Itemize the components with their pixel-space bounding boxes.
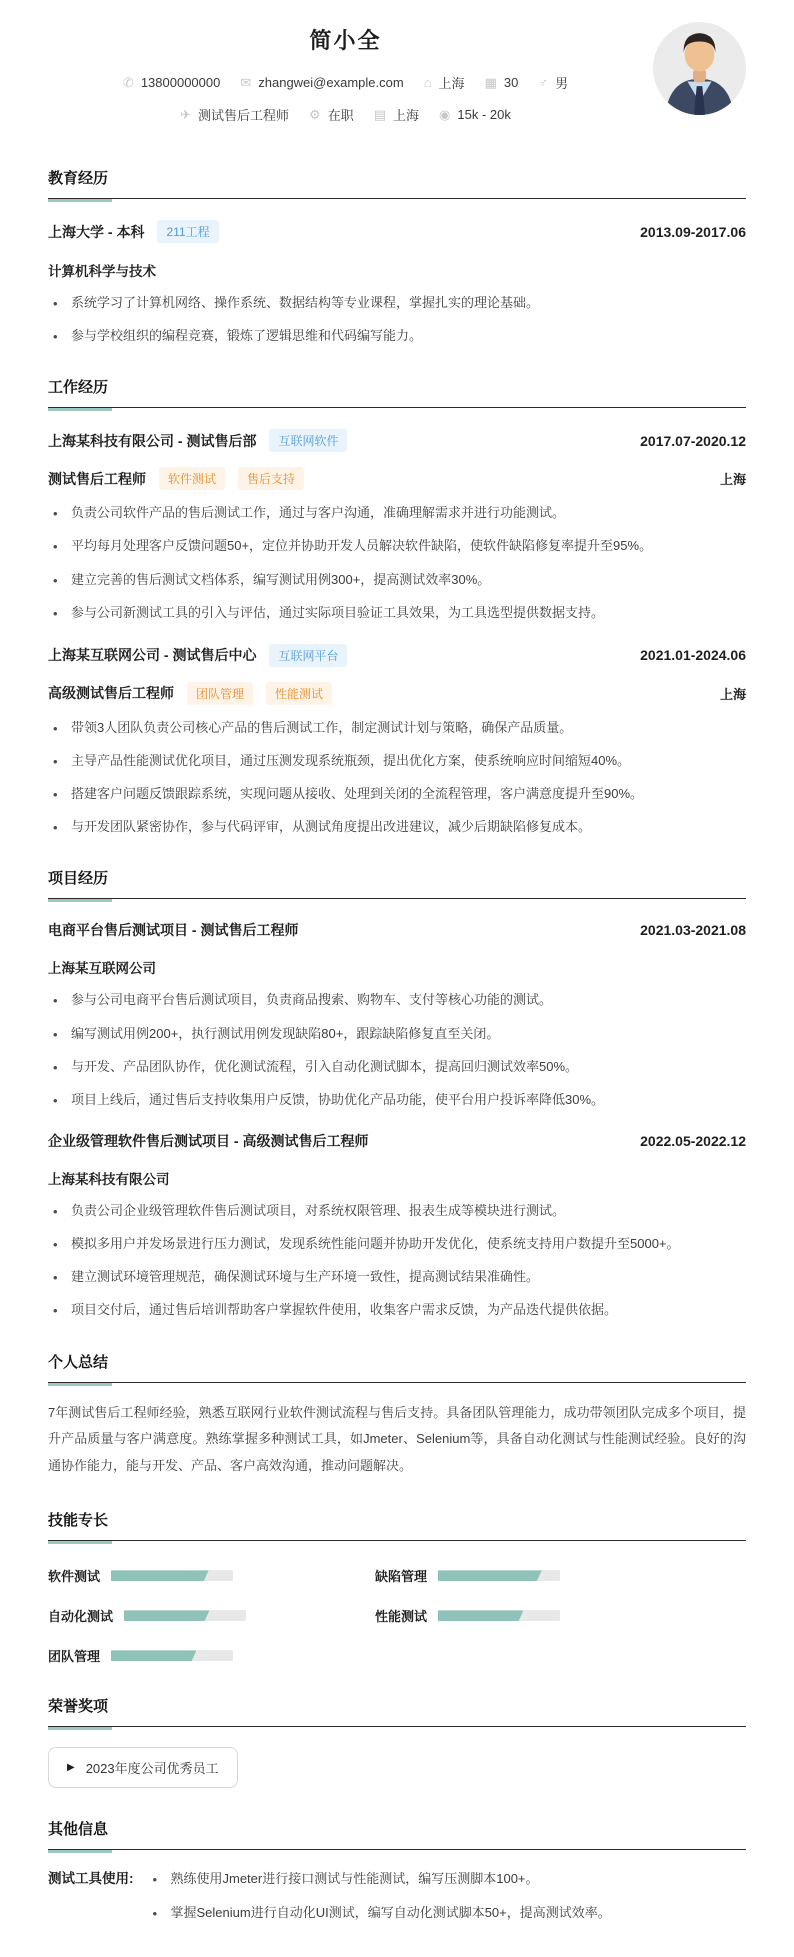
honor-text: 2023年度公司优秀员工 xyxy=(86,1758,219,1777)
company-name: 上海某互联网公司 - 测试售后中心 xyxy=(48,645,256,665)
contact-city: ▤ 上海 xyxy=(374,105,419,124)
bullet-item: 掌握Selenium进行自动化UI测试，编写自动化测试脚本50+，提高测试效率。 xyxy=(148,1903,747,1923)
role-name: 高级测试售后工程师 xyxy=(48,683,174,703)
gender-value: 男 xyxy=(555,73,568,92)
skill-label: 自动化测试 xyxy=(48,1606,113,1625)
candidate-name: 简小全 xyxy=(48,24,643,55)
bullet-item: 熟练使用Jmeter进行接口测试与性能测试，编写压测脚本100+。 xyxy=(148,1869,747,1889)
contact-row-1: ✆ 13800000000 ✉ zhangwei@example.com ⌂ 上… xyxy=(48,73,643,92)
work-entry-header: 上海某科技有限公司 - 测试售后部 互联网软件 2017.07-2020.12 xyxy=(48,429,746,452)
work-entry-left: 上海某互联网公司 - 测试售后中心 互联网平台 xyxy=(48,644,347,667)
work-bullets: 负责公司软件产品的售后测试工作，通过与客户沟通，准确理解需求并进行功能测试。 平… xyxy=(48,503,746,623)
gender-icon: ♂ xyxy=(538,76,548,89)
bullet-item: 建立完善的售后测试文档体系，编写测试用例300+，提高测试效率30%。 xyxy=(48,570,746,590)
work-entry-header: 上海某互联网公司 - 测试售后中心 互联网平台 2021.01-2024.06 xyxy=(48,644,746,667)
skill-bar-track xyxy=(124,1610,246,1621)
work-title-text: 工作经历 xyxy=(48,379,108,396)
education-title-text: 教育经历 xyxy=(48,170,108,187)
accent-underline xyxy=(48,899,112,902)
contact-gender: ♂ 男 xyxy=(538,73,568,92)
education-entry-header: 上海大学 - 本科 211工程 2013.09-2017.06 xyxy=(48,220,746,243)
work-location: 上海 xyxy=(720,469,746,488)
contact-status: ⚙ 在职 xyxy=(309,105,354,124)
salary-value: 15k - 20k xyxy=(457,107,510,122)
accent-underline xyxy=(48,408,112,411)
work-entry-1: 上海某科技有限公司 - 测试售后部 互联网软件 2017.07-2020.12 … xyxy=(48,429,746,623)
school-badge: 211工程 xyxy=(157,220,218,243)
bullet-item: 与开发团队紧密协作，参与代码评审，从测试角度提出改进建议，减少后期缺陷修复成本。 xyxy=(48,817,746,837)
skills-grid: 软件测试 缺陷管理 自动化测试 性能测试 团队管理 xyxy=(48,1545,648,1665)
role-tag: 性能测试 xyxy=(266,682,332,705)
education-title: 教育经历 xyxy=(48,167,746,199)
project-entry-1: 电商平台售后测试项目 - 测试售后工程师 2021.03-2021.08 上海某… xyxy=(48,920,746,1110)
other-info-row: 测试工具使用: 熟练使用Jmeter进行接口测试与性能测试，编写压测脚本100+… xyxy=(48,1869,746,1922)
section-honors: 荣誉奖项 ▶ 2023年度公司优秀员工 xyxy=(48,1695,746,1788)
skill-bar-fill xyxy=(438,1570,542,1581)
work-date: 2021.01-2024.06 xyxy=(640,647,746,663)
resume-header: 简小全 ✆ 13800000000 ✉ zhangwei@example.com… xyxy=(48,16,746,137)
education-bullets: 系统学习了计算机网络、操作系统、数据结构等专业课程，掌握扎实的理论基础。 参与学… xyxy=(48,293,746,346)
role-name: 测试售后工程师 xyxy=(48,469,146,489)
project-date: 2021.03-2021.08 xyxy=(640,922,746,938)
email-value: zhangwei@example.com xyxy=(258,75,403,90)
bullet-item: 搭建客户问题反馈跟踪系统，实现问题从接收、处理到关闭的全流程管理，客户满意度提升… xyxy=(48,784,746,804)
avatar xyxy=(653,22,746,115)
work-role-row: 高级测试售后工程师 团队管理 性能测试 上海 xyxy=(48,682,746,705)
project-bullets: 负责公司企业级管理软件售后测试项目，对系统权限管理、报表生成等模块进行测试。 模… xyxy=(48,1201,746,1321)
projects-title-text: 项目经历 xyxy=(48,870,108,887)
accent-underline xyxy=(48,1383,112,1386)
work-entry-left: 上海某科技有限公司 - 测试售后部 互联网软件 xyxy=(48,429,347,452)
other-title-text: 其他信息 xyxy=(48,1821,108,1838)
bullet-item: 模拟多用户并发场景进行压力测试，发现系统性能问题并协助开发优化，使系统支持用户数… xyxy=(48,1234,746,1254)
project-entry-2: 企业级管理软件售后测试项目 - 高级测试售后工程师 2022.05-2022.1… xyxy=(48,1131,746,1321)
work-title: 工作经历 xyxy=(48,376,746,408)
bullet-item: 参与公司新测试工具的引入与评估，通过实际项目验证工具效果，为工具选型提供数据支持… xyxy=(48,603,746,623)
accent-underline xyxy=(48,1850,112,1853)
paper-plane-icon: ✈ xyxy=(180,108,191,121)
role-tag: 售后支持 xyxy=(238,467,304,490)
skill-row: 自动化测试 xyxy=(48,1606,321,1625)
section-projects: 项目经历 电商平台售后测试项目 - 测试售后工程师 2021.03-2021.0… xyxy=(48,867,746,1320)
bullet-item: 平均每月处理客户反馈问题50+，定位并协助开发人员解决软件缺陷，使软件缺陷修复率… xyxy=(48,536,746,556)
coin-icon: ◉ xyxy=(439,108,450,121)
position-value: 测试售后工程师 xyxy=(198,105,289,124)
age-icon: ▦ xyxy=(485,76,497,89)
other-title: 其他信息 xyxy=(48,1818,746,1850)
contact-email: ✉ zhangwei@example.com xyxy=(240,75,403,90)
project-bullets: 参与公司电商平台售后测试项目，负责商品搜索、购物车、支付等核心功能的测试。 编写… xyxy=(48,990,746,1110)
project-name: 企业级管理软件售后测试项目 - 高级测试售后工程师 xyxy=(48,1131,368,1151)
education-entry-left: 上海大学 - 本科 211工程 xyxy=(48,220,219,243)
industry-badge: 互联网软件 xyxy=(269,429,347,452)
contact-salary: ◉ 15k - 20k xyxy=(439,107,511,122)
avatar-illustration xyxy=(653,22,746,115)
skill-row: 缺陷管理 xyxy=(375,1566,648,1585)
skill-bar-fill xyxy=(438,1610,523,1621)
role-tag: 团队管理 xyxy=(187,682,253,705)
skill-row: 团队管理 xyxy=(48,1646,321,1665)
honors-title-text: 荣誉奖项 xyxy=(48,1698,108,1715)
contact-position: ✈ 测试售后工程师 xyxy=(180,105,289,124)
bullet-item: 项目上线后，通过售后支持收集用户反馈，协助优化产品功能，使平台用户投诉率降低30… xyxy=(48,1090,746,1110)
section-other: 其他信息 测试工具使用: 熟练使用Jmeter进行接口测试与性能测试，编写压测脚… xyxy=(48,1818,746,1922)
skill-label: 团队管理 xyxy=(48,1646,100,1665)
skill-row: 性能测试 xyxy=(375,1606,648,1625)
project-name: 电商平台售后测试项目 - 测试售后工程师 xyxy=(48,920,298,940)
bullet-item: 编写测试用例200+，执行测试用例发现缺陷80+，跟踪缺陷修复直至关闭。 xyxy=(48,1024,746,1044)
summary-title-text: 个人总结 xyxy=(48,1354,108,1371)
summary-title: 个人总结 xyxy=(48,1351,746,1383)
project-entry-header: 企业级管理软件售后测试项目 - 高级测试售后工程师 2022.05-2022.1… xyxy=(48,1131,746,1151)
accent-underline xyxy=(48,1727,112,1730)
role-tag: 软件测试 xyxy=(159,467,225,490)
bullet-item: 负责公司企业级管理软件售后测试项目，对系统权限管理、报表生成等模块进行测试。 xyxy=(48,1201,746,1221)
education-date: 2013.09-2017.06 xyxy=(640,224,746,240)
bullet-item: 主导产品性能测试优化项目，通过压测发现系统瓶颈，提出优化方案，使系统响应时间缩短… xyxy=(48,751,746,771)
home-icon: ⌂ xyxy=(424,76,432,89)
projects-title: 项目经历 xyxy=(48,867,746,899)
skill-bar-fill xyxy=(111,1650,196,1661)
contact-age: ▦ 30 xyxy=(485,75,519,90)
header-info: 简小全 ✆ 13800000000 ✉ zhangwei@example.com… xyxy=(48,16,643,137)
skill-bar-fill xyxy=(124,1610,209,1621)
contact-home: ⌂ 上海 xyxy=(424,73,465,92)
section-summary: 个人总结 7年测试售后工程师经验，熟悉互联网行业软件测试流程与售后支持。具备团队… xyxy=(48,1351,746,1480)
skill-row: 软件测试 xyxy=(48,1566,321,1585)
gear-icon: ⚙ xyxy=(309,108,321,121)
contact-phone: ✆ 13800000000 xyxy=(123,75,220,90)
bullet-item: 项目交付后，通过售后培训帮助客户掌握软件使用，收集客户需求反馈，为产品迭代提供依… xyxy=(48,1300,746,1320)
section-education: 教育经历 上海大学 - 本科 211工程 2013.09-2017.06 计算机… xyxy=(48,167,746,346)
skills-title-text: 技能专长 xyxy=(48,1512,108,1529)
skill-bar-track xyxy=(438,1570,560,1581)
play-icon: ▶ xyxy=(67,1762,75,1773)
major-name: 计算机科学与技术 xyxy=(48,260,746,280)
section-work: 工作经历 上海某科技有限公司 - 测试售后部 互联网软件 2017.07-202… xyxy=(48,376,746,837)
age-value: 30 xyxy=(504,75,518,90)
email-icon: ✉ xyxy=(240,76,251,89)
skill-label: 性能测试 xyxy=(375,1606,427,1625)
bullet-item: 参与学校组织的编程竞赛，锻炼了逻辑思维和代码编写能力。 xyxy=(48,326,746,346)
work-role-row: 测试售后工程师 软件测试 售后支持 上海 xyxy=(48,467,746,490)
project-company: 上海某科技有限公司 xyxy=(48,1168,746,1188)
company-name: 上海某科技有限公司 - 测试售后部 xyxy=(48,431,256,451)
project-date: 2022.05-2022.12 xyxy=(640,1133,746,1149)
bullet-item: 负责公司软件产品的售后测试工作，通过与客户沟通，准确理解需求并进行功能测试。 xyxy=(48,503,746,523)
phone-icon: ✆ xyxy=(123,76,134,89)
work-role-left: 高级测试售后工程师 团队管理 性能测试 xyxy=(48,682,332,705)
skill-bar-fill xyxy=(111,1570,209,1581)
skill-label: 缺陷管理 xyxy=(375,1566,427,1585)
skill-bar-track xyxy=(111,1650,233,1661)
work-entry-2: 上海某互联网公司 - 测试售后中心 互联网平台 2021.01-2024.06 … xyxy=(48,644,746,838)
skill-bar-track xyxy=(438,1610,560,1621)
bullet-item: 带领3人团队负责公司核心产品的售后测试工作，制定测试计划与策略，确保产品质量。 xyxy=(48,718,746,738)
work-date: 2017.07-2020.12 xyxy=(640,433,746,449)
contact-row-2: ✈ 测试售后工程师 ⚙ 在职 ▤ 上海 ◉ 15k - 20k xyxy=(48,105,643,124)
skill-label: 软件测试 xyxy=(48,1566,100,1585)
other-bullets: 熟练使用Jmeter进行接口测试与性能测试，编写压测脚本100+。 掌握Sele… xyxy=(148,1869,747,1922)
work-location: 上海 xyxy=(720,684,746,703)
industry-badge: 互联网平台 xyxy=(269,644,347,667)
city-value: 上海 xyxy=(393,105,419,124)
work-bullets: 带领3人团队负责公司核心产品的售后测试工作，制定测试计划与策略，确保产品质量。 … xyxy=(48,718,746,838)
project-entry-header: 电商平台售后测试项目 - 测试售后工程师 2021.03-2021.08 xyxy=(48,920,746,940)
skills-title: 技能专长 xyxy=(48,1509,746,1541)
other-label: 测试工具使用: xyxy=(48,1869,134,1890)
section-skills: 技能专长 软件测试 缺陷管理 自动化测试 性能测试 团队管理 xyxy=(48,1509,746,1665)
bullet-item: 与开发、产品团队协作，优化测试流程，引入自动化测试脚本，提高回归测试效率50%。 xyxy=(48,1057,746,1077)
resume-page: 简小全 ✆ 13800000000 ✉ zhangwei@example.com… xyxy=(0,0,794,1957)
bullet-item: 系统学习了计算机网络、操作系统、数据结构等专业课程，掌握扎实的理论基础。 xyxy=(48,293,746,313)
home-value: 上海 xyxy=(439,73,465,92)
summary-text: 7年测试售后工程师经验，熟悉互联网行业软件测试流程与售后支持。具备团队管理能力，… xyxy=(48,1400,746,1480)
school-name: 上海大学 - 本科 xyxy=(48,222,144,242)
work-role-left: 测试售后工程师 软件测试 售后支持 xyxy=(48,467,304,490)
accent-underline xyxy=(48,1541,112,1544)
accent-underline xyxy=(48,199,112,202)
skill-bar-track xyxy=(111,1570,233,1581)
bullet-item: 参与公司电商平台售后测试项目，负责商品搜索、购物车、支付等核心功能的测试。 xyxy=(48,990,746,1010)
bullet-item: 建立测试环境管理规范，确保测试环境与生产环境一致性，提高测试结果准确性。 xyxy=(48,1267,746,1287)
project-company: 上海某互联网公司 xyxy=(48,957,746,977)
phone-value: 13800000000 xyxy=(141,75,221,90)
status-value: 在职 xyxy=(328,105,354,124)
honor-chip: ▶ 2023年度公司优秀员工 xyxy=(48,1747,238,1788)
building-icon: ▤ xyxy=(374,108,386,121)
honors-title: 荣誉奖项 xyxy=(48,1695,746,1727)
